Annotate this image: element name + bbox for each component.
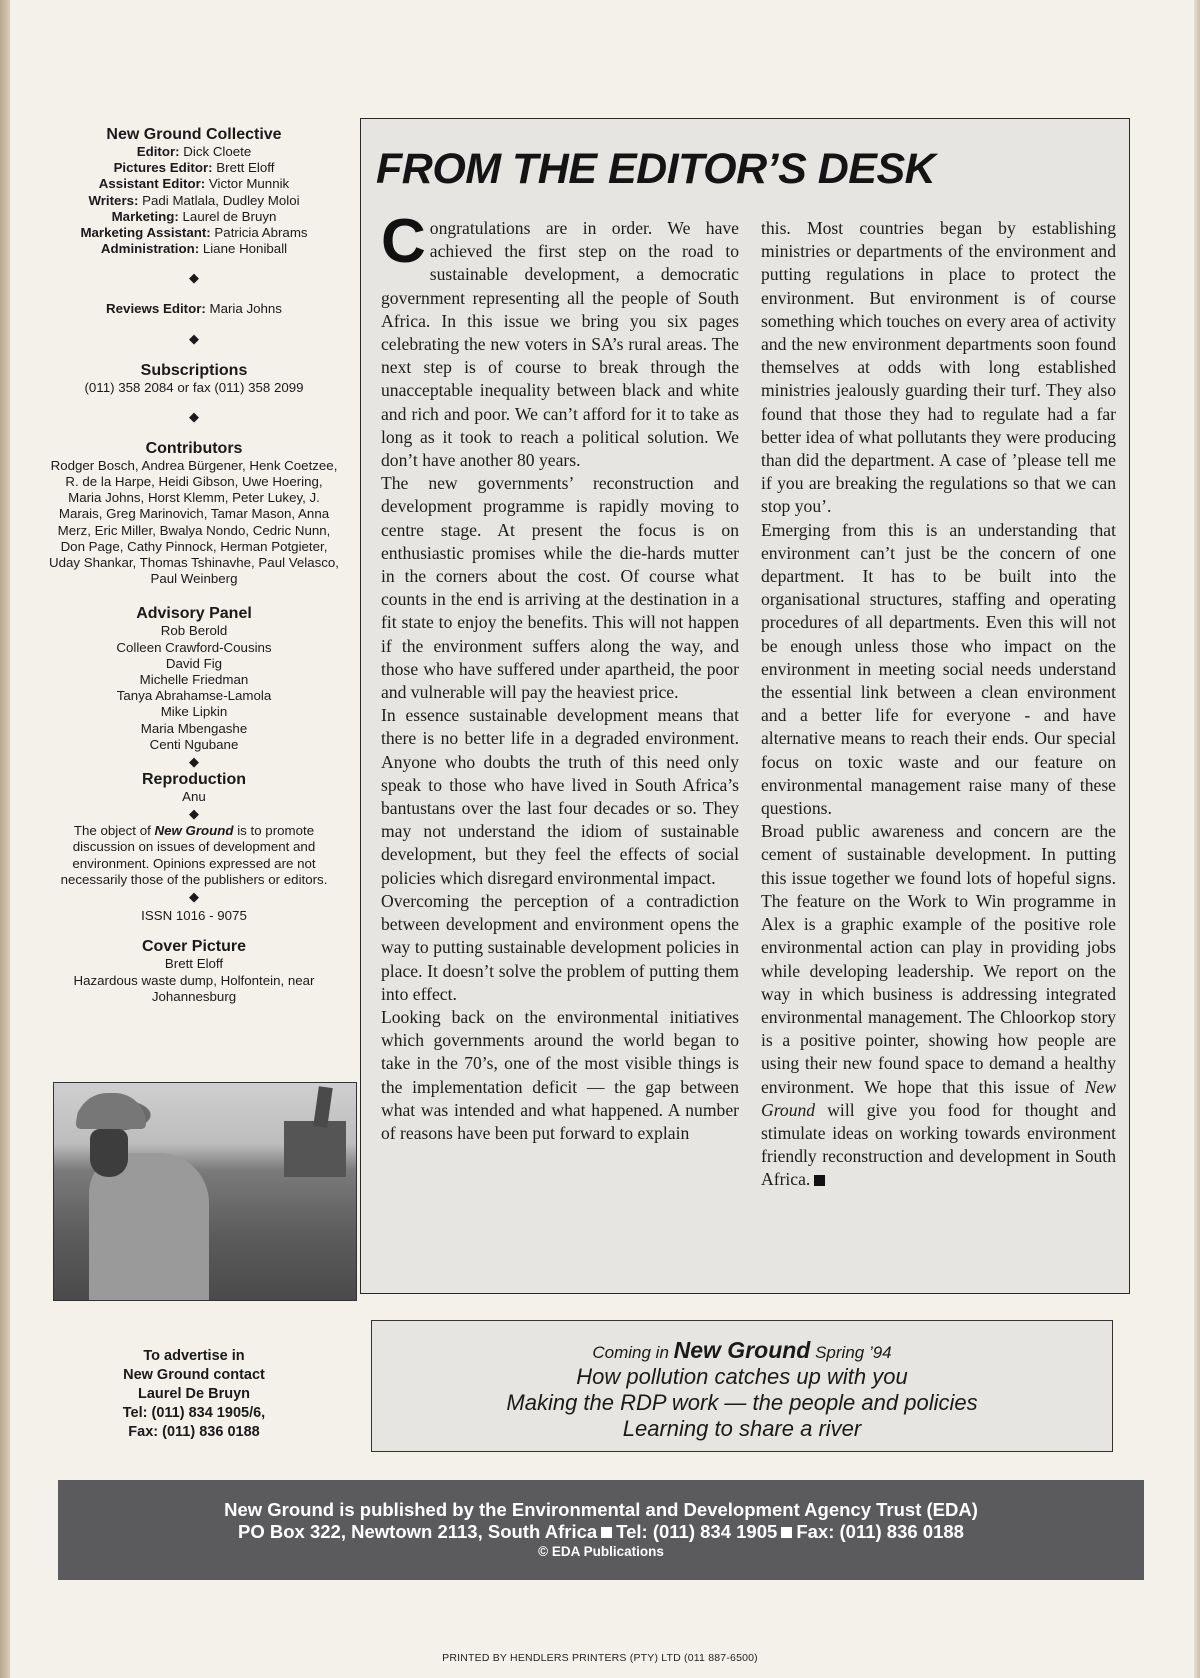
subscriptions-phone: (011) 358 2084 or fax (011) 358 2099	[48, 380, 340, 396]
reviews-editor: Reviews Editor: Maria Johns	[48, 301, 340, 317]
coming-item: Making the RDP work — the people and pol…	[372, 1390, 1112, 1416]
editorial-paragraph: Emerging from this is an understanding t…	[761, 519, 1116, 821]
subscriptions-title: Subscriptions	[48, 362, 340, 380]
editorial-paragraph: Overcoming the perception of a contradic…	[381, 890, 739, 1006]
editorial-paragraph: Broad public awareness and concern are t…	[761, 820, 1116, 1191]
cover-photo-image	[53, 1082, 357, 1301]
masthead-sidebar: New Ground Collective Editor: Dick Cloet…	[48, 126, 340, 1005]
contributors-list: Rodger Bosch, Andrea Bürgener, Henk Coet…	[48, 458, 340, 588]
staff-administration: Administration: Liane Honiball	[48, 241, 340, 257]
excavator-shape	[284, 1121, 346, 1177]
staff-assistant-editor: Assistant Editor: Victor Munnik	[48, 176, 340, 192]
coming-next-issue-box: Coming in New Ground Spring ’94 How poll…	[371, 1320, 1113, 1452]
square-separator-icon	[601, 1527, 612, 1538]
square-separator-icon	[781, 1527, 792, 1538]
diamond-divider-icon: ◆	[48, 807, 340, 821]
editorial-paragraph: this. Most countries began by establishi…	[761, 217, 1116, 519]
publisher-contact-line: PO Box 322, Newtown 2113, South AfricaTe…	[58, 1521, 1144, 1543]
object-statement: The object of New Ground is to promote d…	[48, 823, 340, 888]
staff-pictures-editor: Pictures Editor: Brett Eloff	[48, 160, 340, 176]
contributors-title: Contributors	[48, 440, 340, 458]
cover-picture-caption: Hazardous waste dump, Holfontein, near J…	[48, 973, 340, 1005]
advisory-member: Centi Ngubane	[48, 737, 340, 753]
staff-marketing: Marketing: Laurel de Bruyn	[48, 209, 340, 225]
advisory-panel-title: Advisory Panel	[48, 605, 340, 623]
editorial-paragraph: Looking back on the environmental initia…	[381, 1006, 739, 1145]
page-binding-edge	[0, 0, 10, 1678]
diamond-divider-icon: ◆	[48, 755, 340, 769]
gas-mask-shape	[90, 1129, 128, 1177]
coming-item: How pollution catches up with you	[372, 1364, 1112, 1390]
editorial-paragraph: In essence sustainable development means…	[381, 704, 739, 890]
publisher-line: New Ground is published by the Environme…	[58, 1499, 1144, 1521]
diamond-divider-icon: ◆	[48, 332, 340, 346]
reproduction-name: Anu	[48, 789, 340, 805]
coming-heading: Coming in New Ground Spring ’94	[372, 1339, 1112, 1364]
cover-picture-credit: Brett Eloff	[48, 956, 340, 972]
advisory-member: Maria Mbengashe	[48, 721, 340, 737]
hard-hat-shape	[76, 1093, 146, 1129]
advisory-member: Mike Lipkin	[48, 704, 340, 720]
advisory-member: Colleen Crawford-Cousins	[48, 640, 340, 656]
advisory-panel-list: Rob Berold Colleen Crawford-Cousins Davi…	[48, 623, 340, 753]
editorial-title: FROM THE EDITOR’S DESK	[376, 145, 935, 194]
collective-title: New Ground Collective	[48, 126, 340, 144]
advertise-contact: To advertise in New Ground contact Laure…	[48, 1347, 340, 1442]
editors-desk-box: FROM THE EDITOR’S DESK Congratulations a…	[360, 118, 1130, 1294]
coming-item: Learning to share a river	[372, 1416, 1112, 1442]
editorial-paragraph: Congratulations are in order. We have ac…	[381, 217, 739, 472]
diamond-divider-icon: ◆	[48, 271, 340, 285]
dropcap-letter: C	[381, 219, 426, 265]
advisory-member: Michelle Friedman	[48, 672, 340, 688]
diamond-divider-icon: ◆	[48, 890, 340, 904]
staff-marketing-assistant: Marketing Assistant: Patricia Abrams	[48, 225, 340, 241]
page-right-edge	[1194, 0, 1200, 1678]
diamond-divider-icon: ◆	[48, 410, 340, 424]
printer-credit: PRINTED BY HENDLERS PRINTERS (PTY) LTD (…	[0, 1652, 1200, 1664]
staff-editor: Editor: Dick Cloete	[48, 144, 340, 160]
editorial-paragraph: The new governments’ reconstruction and …	[381, 472, 739, 704]
copyright-line: © EDA Publications	[58, 1543, 1144, 1561]
staff-list: Editor: Dick Cloete Pictures Editor: Bre…	[48, 144, 340, 257]
editorial-column-1: Congratulations are in order. We have ac…	[381, 217, 739, 1145]
cover-picture-title: Cover Picture	[48, 938, 340, 956]
advisory-member: Rob Berold	[48, 623, 340, 639]
advisory-member: David Fig	[48, 656, 340, 672]
publisher-footer-bar: New Ground is published by the Environme…	[58, 1480, 1144, 1580]
issn-number: ISSN 1016 - 9075	[48, 908, 340, 924]
end-of-article-icon	[814, 1175, 825, 1186]
advisory-member: Tanya Abrahamse-Lamola	[48, 688, 340, 704]
staff-writers: Writers: Padi Matlala, Dudley Moloi	[48, 193, 340, 209]
reproduction-title: Reproduction	[48, 771, 340, 789]
editorial-column-2: this. Most countries began by establishi…	[761, 217, 1116, 1192]
